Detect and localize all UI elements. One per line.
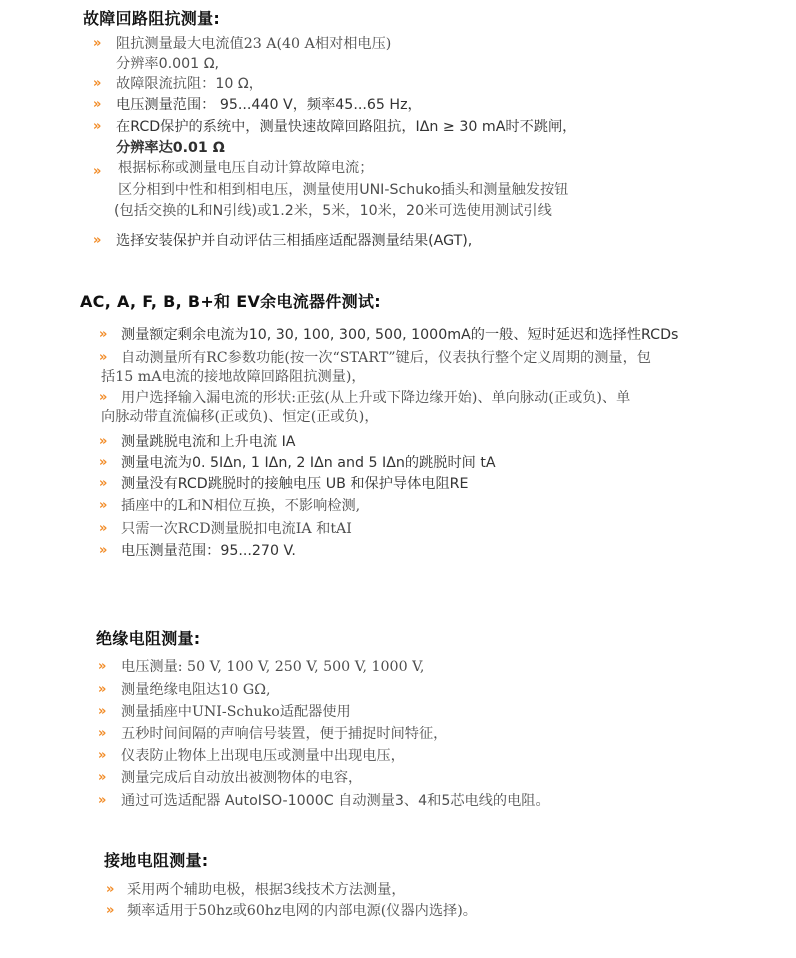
list-item: 电压测量范围：95...270 V.: [121, 541, 296, 561]
list-item-continuation: 区分相到中性和相到相电压，测量使用UNI-Schuko插头和测量触发按钮: [118, 180, 568, 200]
bullet-icon: »: [93, 162, 101, 182]
list-item: 自动测量所有RC参数功能(按一次“START”键后，仪表执行整个定义周期的测量，…: [121, 348, 651, 368]
bullet-icon: »: [93, 74, 101, 94]
list-item: 测量绝缘电阻达10 GΩ,: [121, 680, 270, 700]
list-item: 插座中的L和N相位互换，不影响检测,: [121, 496, 360, 516]
bullet-icon: »: [99, 388, 107, 408]
list-item: 电压测量: 50 V, 100 V, 250 V, 500 V, 1000 V,: [121, 657, 424, 677]
list-item: 测量完成后自动放出被测物体的电容，: [121, 768, 362, 788]
bullet-icon: »: [93, 34, 101, 54]
bullet-icon: »: [93, 117, 101, 137]
bullet-icon: »: [99, 453, 107, 473]
bullet-icon: »: [93, 95, 101, 115]
bullet-icon: »: [99, 496, 107, 516]
bullet-icon: »: [98, 791, 106, 811]
bullet-icon: »: [98, 768, 106, 788]
list-item-continuation: 括15 mA电流的接地故障回路阻抗测量)，: [101, 367, 366, 387]
section-heading-fault-loop: 故障回路阻抗测量:: [83, 6, 220, 29]
bullet-icon: »: [93, 231, 101, 251]
section-heading-rcd-test: AC, A, F, B, B+和 EV余电流器件测试:: [80, 289, 381, 312]
bullet-icon: »: [98, 680, 106, 700]
list-item: 阻抗测量最大电流值23 A(40 A相对相电压): [116, 34, 391, 54]
bullet-icon: »: [98, 702, 106, 722]
list-item-continuation: 向脉动带直流偏移(正或负)、恒定(正或负)，: [101, 407, 379, 427]
list-item: 选择安装保护并自动评估三相插座适配器测量结果(AGT),: [116, 231, 472, 251]
list-item: 测量插座中UNI-Schuko适配器使用: [121, 702, 351, 722]
list-item: 测量额定剩余电流为10, 30, 100, 300, 500, 1000mA的一…: [121, 325, 678, 345]
bullet-icon: »: [98, 746, 106, 766]
list-item: 五秒时间间隔的声响信号装置，便于捕捉时间特征，: [121, 724, 447, 744]
list-item: 电压测量范围： 95...440 V，频率45...65 Hz，: [116, 95, 422, 115]
list-item: 频率适用于50hz或60hz电网的内部电源(仪器内选择)。: [127, 901, 477, 921]
list-item: 只需一次RCD测量脱扣电流IA 和tAI: [121, 519, 352, 539]
bullet-icon: »: [99, 325, 107, 345]
list-item: 测量跳脱电流和上升电流 IA: [121, 432, 295, 452]
bullet-icon: »: [99, 519, 107, 539]
list-item-continuation: 分辨率0.001 Ω,: [116, 54, 219, 74]
list-item-continuation: (包括交换的L和N引线)或1.2米，5米，10米，20米可选使用测试引线: [114, 201, 552, 221]
list-item: 采用两个辅助电极，根据3线技术方法测量，: [127, 880, 406, 900]
bullet-icon: »: [106, 880, 114, 900]
section-heading-earth-resistance: 接地电阻测量:: [104, 848, 209, 871]
list-item: 通过可选适配器 AutoISO-1000C 自动测量3、4和5芯电线的电阻。: [121, 791, 550, 811]
bullet-icon: »: [106, 901, 114, 921]
list-item: 测量电流为0. 5IΔn, 1 IΔn, 2 IΔn and 5 IΔn的跳脱时…: [121, 453, 496, 473]
list-item: 在RCD保护的系统中，测量快速故障回路阻抗，IΔn ≥ 30 mA时不跳闸，: [116, 117, 576, 137]
list-item: 故障限流抗阻：10 Ω，: [116, 74, 263, 94]
bullet-icon: »: [99, 348, 107, 368]
bullet-icon: »: [98, 724, 106, 744]
list-item: 仪表防止物体上出现电压或测量中出现电压，: [121, 746, 405, 766]
list-item: 用户选择输入漏电流的形状:正弦(从上升或下降边缘开始)、单向脉动(正或负)、单: [121, 388, 630, 408]
bullet-icon: »: [99, 432, 107, 452]
section-heading-insulation: 绝缘电阻测量:: [96, 626, 201, 649]
bullet-icon: »: [99, 474, 107, 494]
list-item: 测量没有RCD跳脱时的接触电压 UB 和保护导体电阻RE: [121, 474, 469, 494]
list-item-continuation: 分辨率达0.01 Ω: [116, 138, 225, 158]
bullet-icon: »: [99, 541, 107, 561]
bullet-icon: »: [98, 657, 106, 677]
list-item: 根据标称或测量电压自动计算故障电流；: [118, 158, 373, 178]
